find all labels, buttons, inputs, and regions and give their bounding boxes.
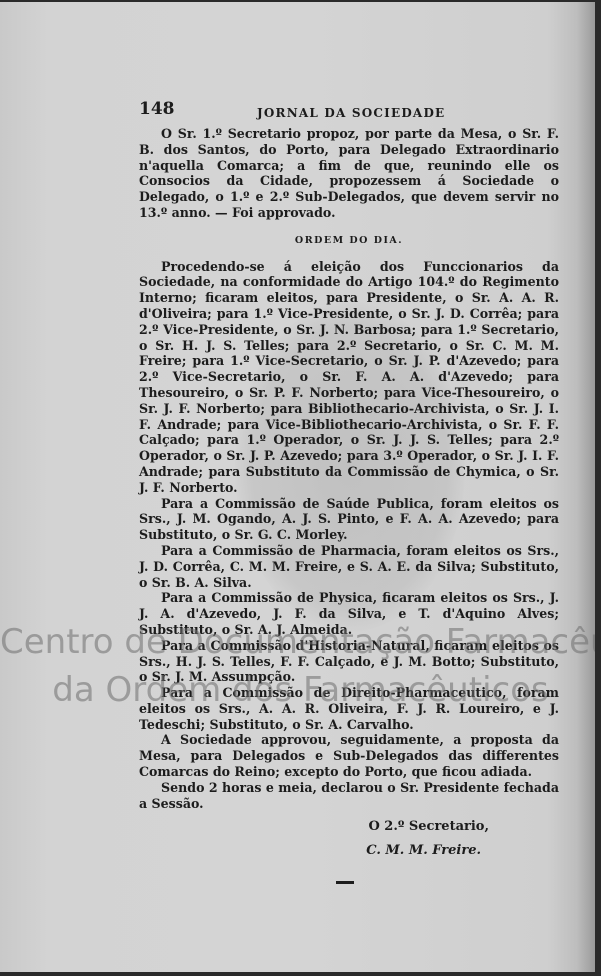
scanned-page: 148 JORNAL DA SOCIEDADE O Sr. 1.º Secret…	[0, 2, 595, 972]
journal-title: JORNAL DA SOCIEDADE	[257, 106, 445, 122]
signature-title: O 2.º Secretario,	[139, 819, 559, 835]
watermark-line-2: da Ordem dos Farmacêuticos	[0, 670, 595, 710]
watermark-line-1: Centro de Documentação Farmacêutica	[0, 622, 595, 662]
page-text: 148 JORNAL DA SOCIEDADE O Sr. 1.º Secret…	[139, 102, 559, 884]
running-header: 148 JORNAL DA SOCIEDADE	[139, 102, 559, 124]
paragraph-closing: Sendo 2 horas e meia, declarou o Sr. Pre…	[139, 780, 559, 812]
paragraph-delegados: A Sociedade approvou, seguidamente, a pr…	[139, 732, 559, 779]
paragraph-elections: Procedendo-se á eleição dos Funccionario…	[139, 259, 559, 496]
section-title: ORDEM DO DIA.	[139, 233, 559, 249]
paragraph-saude-publica: Para a Commissão de Saúde Publica, foram…	[139, 496, 559, 543]
end-rule	[336, 881, 354, 884]
paragraph-intro: O Sr. 1.º Secretario propoz, por parte d…	[139, 126, 559, 221]
paragraph-pharmacia: Para a Commissão de Pharmacia, foram ele…	[139, 543, 559, 590]
signature-name: C. M. M. Freire.	[139, 843, 559, 859]
page-number: 148	[139, 102, 175, 118]
